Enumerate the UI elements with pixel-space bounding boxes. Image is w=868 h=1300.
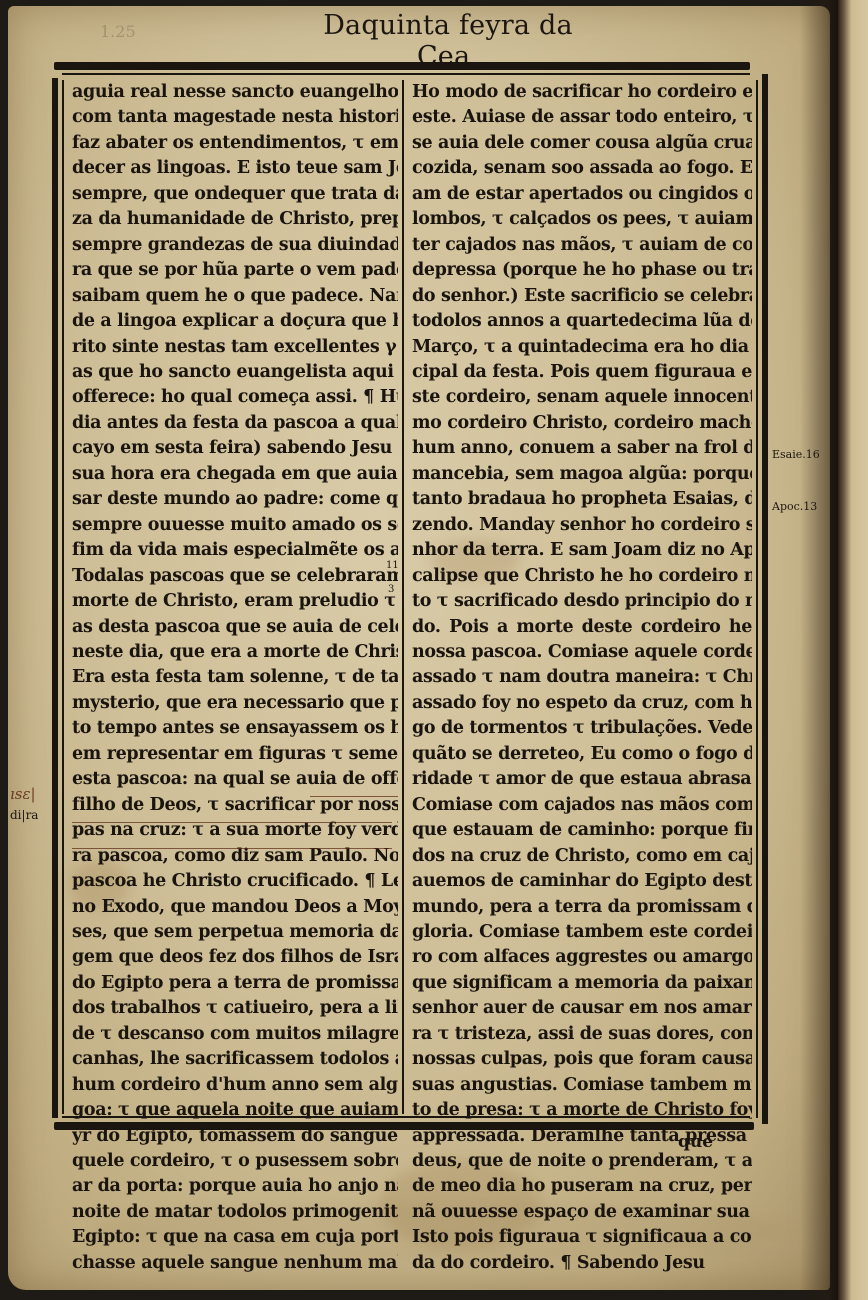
facing-page-edge xyxy=(838,0,868,1300)
text-line: este. Auiase de assar todo enteiro, τ nã xyxy=(412,105,752,130)
inline-mark: 3 xyxy=(388,584,394,595)
text-line: nã ouuesse espaço de examinar sua causa. xyxy=(412,1200,752,1225)
text-line: com tanta magestade nesta historia, que xyxy=(72,105,398,130)
text-line: esta pascoa: na qual se auia de offerece… xyxy=(72,767,398,792)
text-line: dia antes da festa da pascoa a qual entã xyxy=(72,411,398,436)
handwritten-margin-note: di|ra xyxy=(10,808,38,822)
text-line: ses, que sem perpetua memoria da passa- xyxy=(72,920,398,945)
text-line: chasse aquele sangue nenhum mal faria. xyxy=(72,1251,398,1276)
text-line: calipse que Christo he ho cordeiro mor- xyxy=(412,564,752,589)
text-line: lombos, τ calçados os pees, τ auiam d' xyxy=(412,207,752,232)
text-line: Comiase com cajados nas mãos como xyxy=(412,793,752,818)
frame-left-thin-rule xyxy=(62,80,64,1114)
column-divider xyxy=(402,80,404,1114)
text-line: de meo dia ho puseram na cruz, peraque xyxy=(412,1174,752,1199)
text-line: mundo, pera a terra da promissam da xyxy=(412,895,752,920)
text-column-right: Ho modo de sacrificar ho cordeiro eraest… xyxy=(412,80,752,1276)
text-line: ridade τ amor de que estaua abrasado. xyxy=(412,767,752,792)
text-line: hum cordeiro d'hum anno sem algũa ma xyxy=(72,1073,398,1098)
ink-underline xyxy=(310,796,398,797)
text-line: no Exodo, que mandou Deos a Moy- xyxy=(72,895,398,920)
text-line: sempre ouuesse muito amado os seus na xyxy=(72,513,398,538)
text-line: suas angustias. Comiase tambem mui xyxy=(412,1073,752,1098)
text-line: Ho modo de sacrificar ho cordeiro era xyxy=(412,80,752,105)
text-line: faz abater os entendimentos, τ emmu- xyxy=(72,131,398,156)
text-line: rito sinte nestas tam excellentes γ goar… xyxy=(72,335,398,360)
text-line: saibam quem he o que padece. Nam po xyxy=(72,284,398,309)
text-line: sar deste mundo ao padre: come quer que xyxy=(72,487,398,512)
text-line: cozida, senam soo assada ao fogo. E aui- xyxy=(412,156,752,181)
text-line: sempre, que ondequer que trata da fraq- xyxy=(72,182,398,207)
text-line: am de estar apertados ou cingidos os xyxy=(412,182,752,207)
text-line: decer as lingoas. E isto teue sam Joam xyxy=(72,156,398,181)
handwritten-margin-note: ısɛ| xyxy=(10,785,36,803)
frame-left-thick-rule xyxy=(52,78,58,1118)
text-line: ar da porta: porque auia ho anjo naquela xyxy=(72,1174,398,1199)
text-line: morte de Christo, eram preludio τ vigili xyxy=(72,589,398,614)
text-line: depressa (porque he ho phase ou transito xyxy=(412,258,752,283)
text-line: nossa pascoa. Comiase aquele cordeiro xyxy=(412,640,752,665)
margin-note-apocalypse: Apoc.13 xyxy=(772,500,817,513)
ink-underline xyxy=(72,848,392,849)
text-line: za da humanidade de Christo, prepoem xyxy=(72,207,398,232)
text-line: quele cordeiro, τ o pusessem sobre o lum… xyxy=(72,1149,398,1174)
text-line: que estauam de caminho: porque firma xyxy=(412,818,752,843)
catchword: que xyxy=(678,1132,713,1152)
text-line: aguia real nesse sancto euangelho: τ ent… xyxy=(72,80,398,105)
text-line: Era esta festa tam solenne, τ de tam alt… xyxy=(72,665,398,690)
text-line: noite de matar todolos primogenitos do xyxy=(72,1200,398,1225)
text-line: gloria. Comiase tambem este cordei xyxy=(412,920,752,945)
margin-note-esaias: Esaie.16 xyxy=(772,448,820,461)
text-line: as desta pascoa que se auia de celebrar xyxy=(72,615,398,640)
text-line: ro com alfaces aggrestes ou amargosas: xyxy=(412,945,752,970)
text-line: ter cajados nas mãos, τ auiam de comer xyxy=(412,233,752,258)
text-line: Todalas pascoas que se celebraram tee xyxy=(72,564,398,589)
inline-mark: 11 xyxy=(386,560,399,571)
text-line: mancebia, sem magoa algũa: porquem xyxy=(412,462,752,487)
text-line: zendo. Manday senhor ho cordeiro se- xyxy=(412,513,752,538)
text-line: Isto pois figuraua τ significaua a comi xyxy=(412,1225,752,1250)
text-line: auemos de caminhar do Egipto deste xyxy=(412,869,752,894)
text-line: Março, τ a quintadecima era ho dia prĩ xyxy=(412,335,752,360)
text-line: assado τ nam doutra maneira: τ Christo xyxy=(412,665,752,690)
text-line: mo cordeiro Christo, cordeiro macho de xyxy=(412,411,752,436)
text-line: nhor da terra. E sam Joam diz no Apo xyxy=(412,538,752,563)
text-line: Egipto: τ que na casa em cuja porta a- xyxy=(72,1225,398,1250)
text-line: de a lingoa explicar a doçura que ho spi… xyxy=(72,309,398,334)
text-line: cayo em sesta feira) sabendo Jesu que a xyxy=(72,436,398,461)
text-line: dos trabalhos τ catiueiro, pera a liberd… xyxy=(72,996,398,1021)
text-line: da do cordeiro. ¶ Sabendo Jesu xyxy=(412,1251,752,1276)
text-line: se auia dele comer cousa algũa crua nem xyxy=(412,131,752,156)
text-line: ra τ tristeza, assi de suas dores, como … xyxy=(412,1022,752,1047)
text-column-left: aguia real nesse sancto euangelho: τ ent… xyxy=(72,80,398,1276)
text-line: dos na cruz de Christo, como em cajado xyxy=(412,844,752,869)
text-line: quãto se derreteo, Eu como o fogo de cha xyxy=(412,742,752,767)
text-line: nossas culpas, pois que foram causa de xyxy=(412,1047,752,1072)
text-line: go de tormentos τ tribulações. Vede xyxy=(412,716,752,741)
text-line: do. Pois a morte deste cordeiro he xyxy=(412,615,752,640)
frame-right-thick-rule xyxy=(762,74,768,1124)
text-line: to de presa: τ a morte de Christo foy mu… xyxy=(412,1098,752,1123)
text-line: to τ sacrificado desdo principio do mun xyxy=(412,589,752,614)
text-line: goa: τ que aquela noite que auiam de sa xyxy=(72,1098,398,1123)
text-line: as que ho sancto euangelista aqui nos xyxy=(72,360,398,385)
text-line: do senhor.) Este sacrificio se celebraua xyxy=(412,284,752,309)
text-line: yr do Egipto, tomassem do sangue da- xyxy=(72,1124,398,1149)
text-line: deus, que de noite o prenderam, τ antes xyxy=(412,1149,752,1174)
text-line: tanto bradaua ho propheta Esaias, di- xyxy=(412,487,752,512)
gutter-shadow xyxy=(800,0,840,1300)
ink-underline xyxy=(72,822,392,823)
text-line: sua hora era chegada em que auia de pas xyxy=(72,462,398,487)
text-line: hum anno, conuem a saber na frol de sua xyxy=(412,436,752,461)
text-line: de τ descanso com muitos milagres τ fa xyxy=(72,1022,398,1047)
text-line: neste dia, que era a morte de Christo. xyxy=(72,640,398,665)
frame-right-thin-rule xyxy=(756,80,758,1118)
text-line: que significam a memoria da paixam do xyxy=(412,971,752,996)
faint-folio-number: 1.25 xyxy=(100,22,136,41)
text-line: fim da vida mais especialmẽte os amou. xyxy=(72,538,398,563)
text-line: gem que deos fez dos filhos de Israel xyxy=(72,945,398,970)
text-line: assado foy no espeto da cruz, com ho fo xyxy=(412,691,752,716)
text-line: do Egipto pera a terra de promissam, τ xyxy=(72,971,398,996)
text-line: ste cordeiro, senam aquele innocentissi xyxy=(412,385,752,410)
text-line: ra que se por hũa parte o vem padecer xyxy=(72,258,398,283)
frame-top-thin-rule xyxy=(62,73,750,75)
text-line: mysterio, que era necessario que per mui… xyxy=(72,691,398,716)
text-line: pascoa he Christo crucificado. ¶ Lemos xyxy=(72,869,398,894)
text-line: to tempo antes se ensayassem os homẽs xyxy=(72,716,398,741)
text-line: sempre grandezas de sua diuindade: pe- xyxy=(72,233,398,258)
text-line: canhas, lhe sacrificassem todolos annos xyxy=(72,1047,398,1072)
text-line: todolos annos a quartedecima lũa de xyxy=(412,309,752,334)
text-line: senhor auer de causar em nos amargu- xyxy=(412,996,752,1021)
frame-top-thick-rule xyxy=(54,62,750,70)
text-line: offerece: ho qual começa assi. ¶ Hum xyxy=(72,385,398,410)
text-line: em representar em figuras τ semelhaças xyxy=(72,742,398,767)
text-line: cipal da festa. Pois quem figuraua e xyxy=(412,360,752,385)
